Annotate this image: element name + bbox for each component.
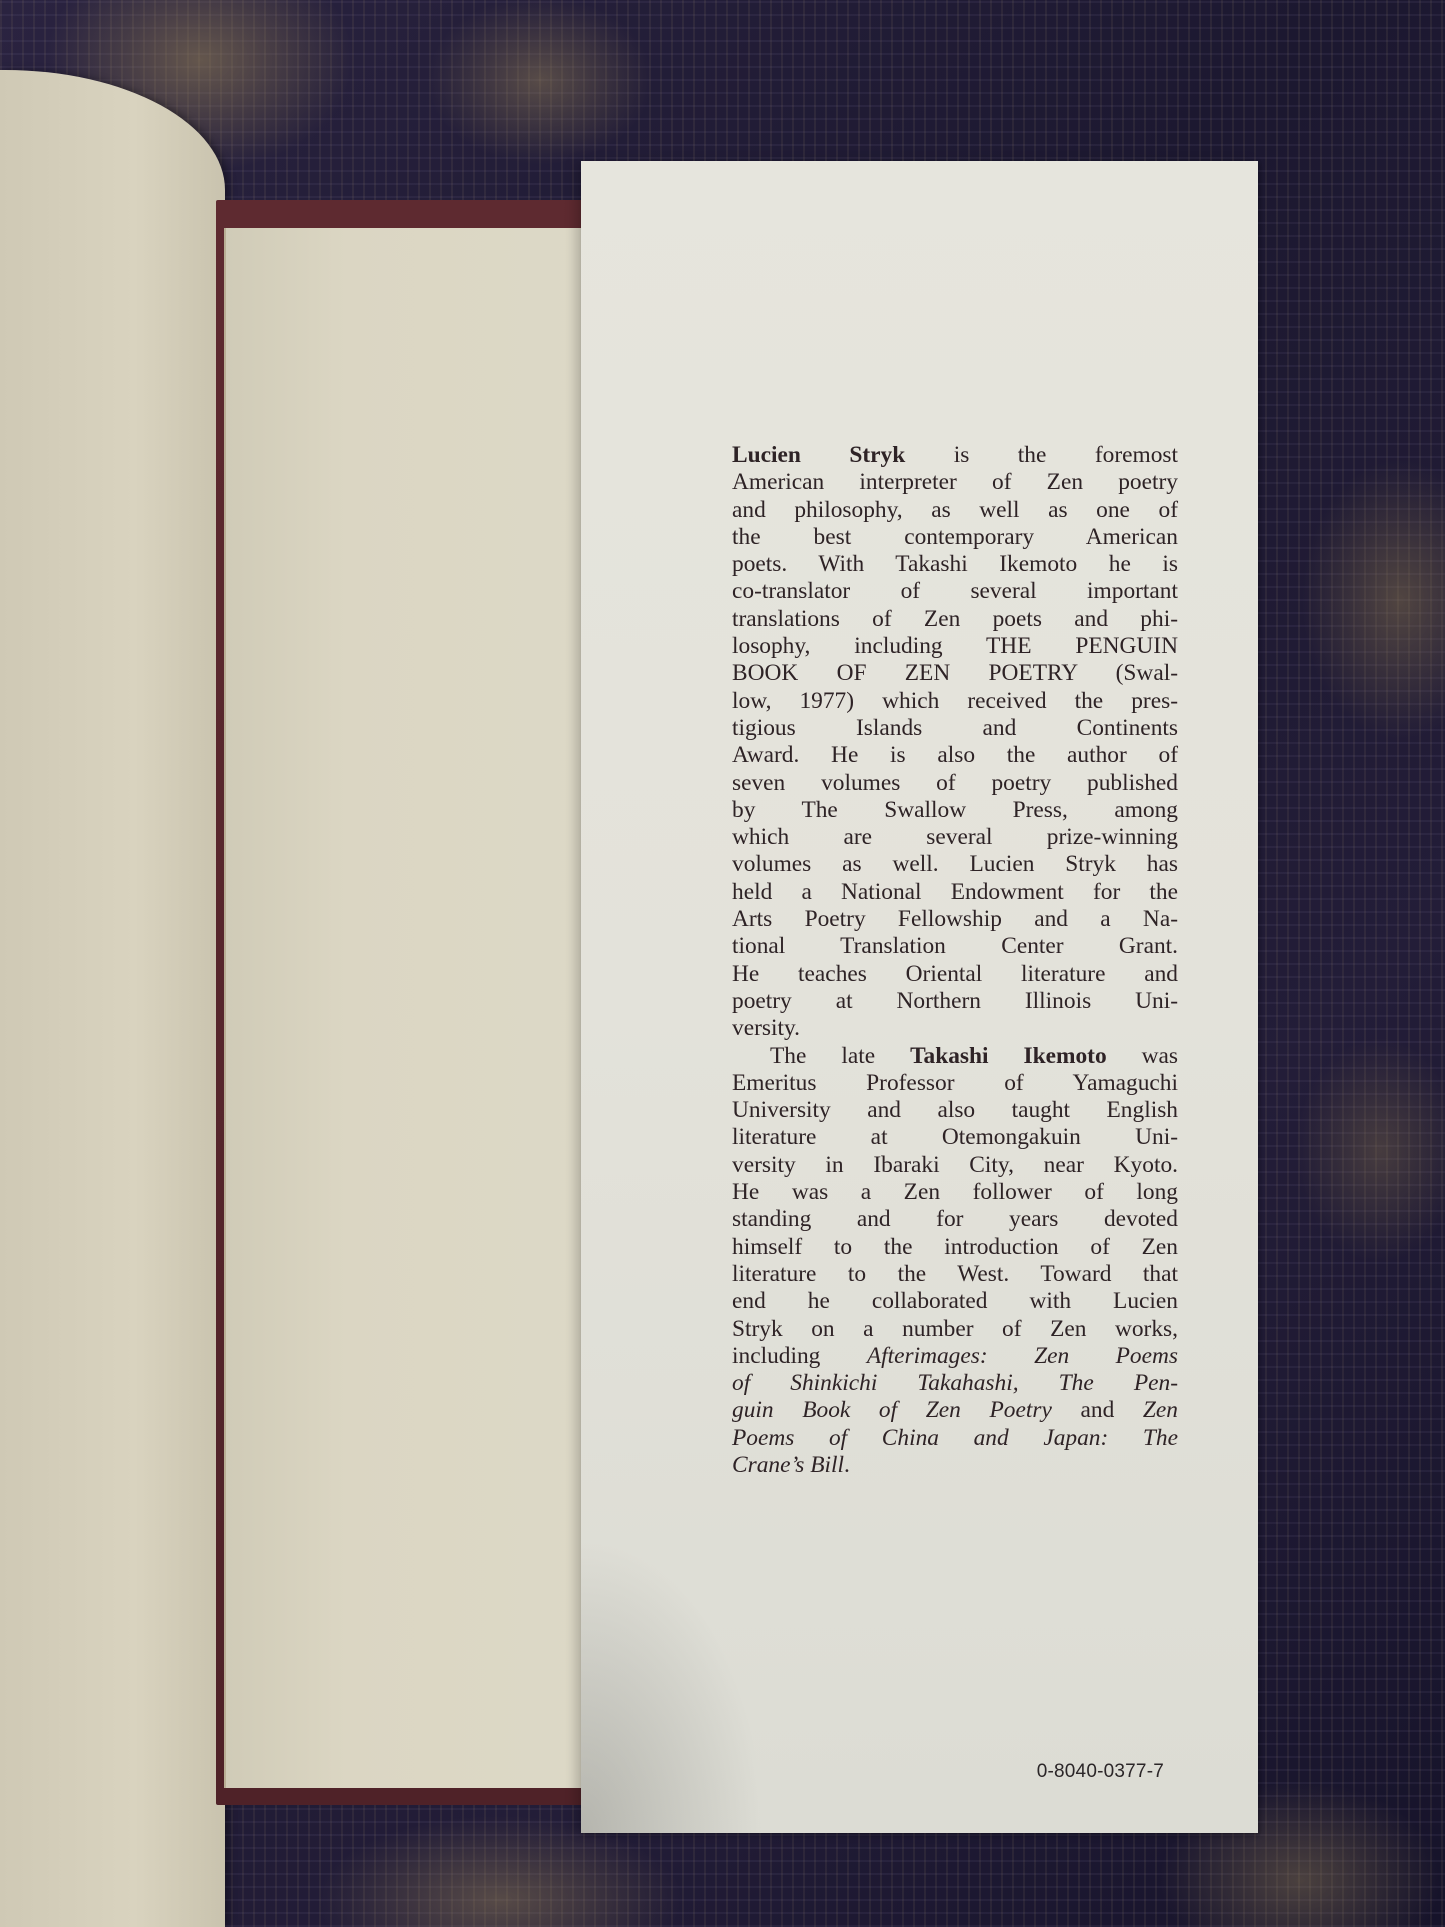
bio-line: poetry at Northern Illinois Uni- — [732, 988, 1178, 1015]
left-endpaper-page — [0, 70, 225, 1927]
bio-line: The late Takashi Ikemoto was — [732, 1043, 1178, 1070]
bio-line: versity in Ibaraki City, near Kyoto. — [732, 1152, 1178, 1179]
bio-line: Crane’s Bill. — [732, 1452, 1178, 1479]
bio-line: and philosophy, as well as one of — [732, 497, 1178, 524]
bio-line: Award. He is also the author of — [732, 742, 1178, 769]
bio-line: including Afterimages: Zen Poems — [732, 1343, 1178, 1370]
bio-line: Stryk on a number of Zen works, — [732, 1316, 1178, 1343]
bio-line: losophy, including THE PENGUIN — [732, 633, 1178, 660]
bio-line: He teaches Oriental literature and — [732, 961, 1178, 988]
bio-line: standing and for years devoted — [732, 1206, 1178, 1233]
bio-line: the best contemporary American — [732, 524, 1178, 551]
book-photo: { "jacket_flap": { "paragraphs": [ { "li… — [0, 0, 1445, 1927]
dust-jacket-flap: Lucien Stryk is the foremostAmerican int… — [581, 161, 1258, 1833]
bio-line: Lucien Stryk is the foremost — [732, 442, 1178, 469]
bio-line: seven volumes of poetry published — [732, 770, 1178, 797]
bio-paragraph: Lucien Stryk is the foremostAmerican int… — [732, 442, 1178, 1043]
bio-line: of Shinkichi Takahashi, The Pen- — [732, 1370, 1178, 1397]
bio-line: guin Book of Zen Poetry and Zen — [732, 1397, 1178, 1424]
bio-line: BOOK OF ZEN POETRY (Swal- — [732, 660, 1178, 687]
bio-line: held a National Endowment for the — [732, 879, 1178, 906]
bio-line: by The Swallow Press, among — [732, 797, 1178, 824]
author-bio-text: Lucien Stryk is the foremostAmerican int… — [732, 442, 1178, 1479]
bio-line: which are several prize-winning — [732, 824, 1178, 851]
bio-line: versity. — [732, 1015, 1178, 1042]
hand-shadow — [581, 1431, 811, 1833]
bio-line: translations of Zen poets and phi- — [732, 606, 1178, 633]
bio-line: Poems of China and Japan: The — [732, 1425, 1178, 1452]
pastedown-endpaper — [224, 228, 626, 1788]
bio-line: low, 1977) which received the pres- — [732, 688, 1178, 715]
bio-line: end he collaborated with Lucien — [732, 1288, 1178, 1315]
bio-line: himself to the introduction of Zen — [732, 1234, 1178, 1261]
bio-paragraph: The late Takashi Ikemoto wasEmeritus Pro… — [732, 1043, 1178, 1480]
bio-line: literature at Otemongakuin Uni- — [732, 1124, 1178, 1151]
bio-line: tigious Islands and Continents — [732, 715, 1178, 742]
bio-line: Emeritus Professor of Yamaguchi — [732, 1070, 1178, 1097]
bio-line: Arts Poetry Fellowship and a Na- — [732, 906, 1178, 933]
bio-line: University and also taught English — [732, 1097, 1178, 1124]
bio-line: He was a Zen follower of long — [732, 1179, 1178, 1206]
isbn-number: 0-8040-0377-7 — [1037, 1761, 1164, 1783]
bio-line: American interpreter of Zen poetry — [732, 469, 1178, 496]
bio-line: co-translator of several important — [732, 578, 1178, 605]
bio-line: literature to the West. Toward that — [732, 1261, 1178, 1288]
bio-line: tional Translation Center Grant. — [732, 933, 1178, 960]
bio-line: volumes as well. Lucien Stryk has — [732, 851, 1178, 878]
bio-line: poets. With Takashi Ikemoto he is — [732, 551, 1178, 578]
